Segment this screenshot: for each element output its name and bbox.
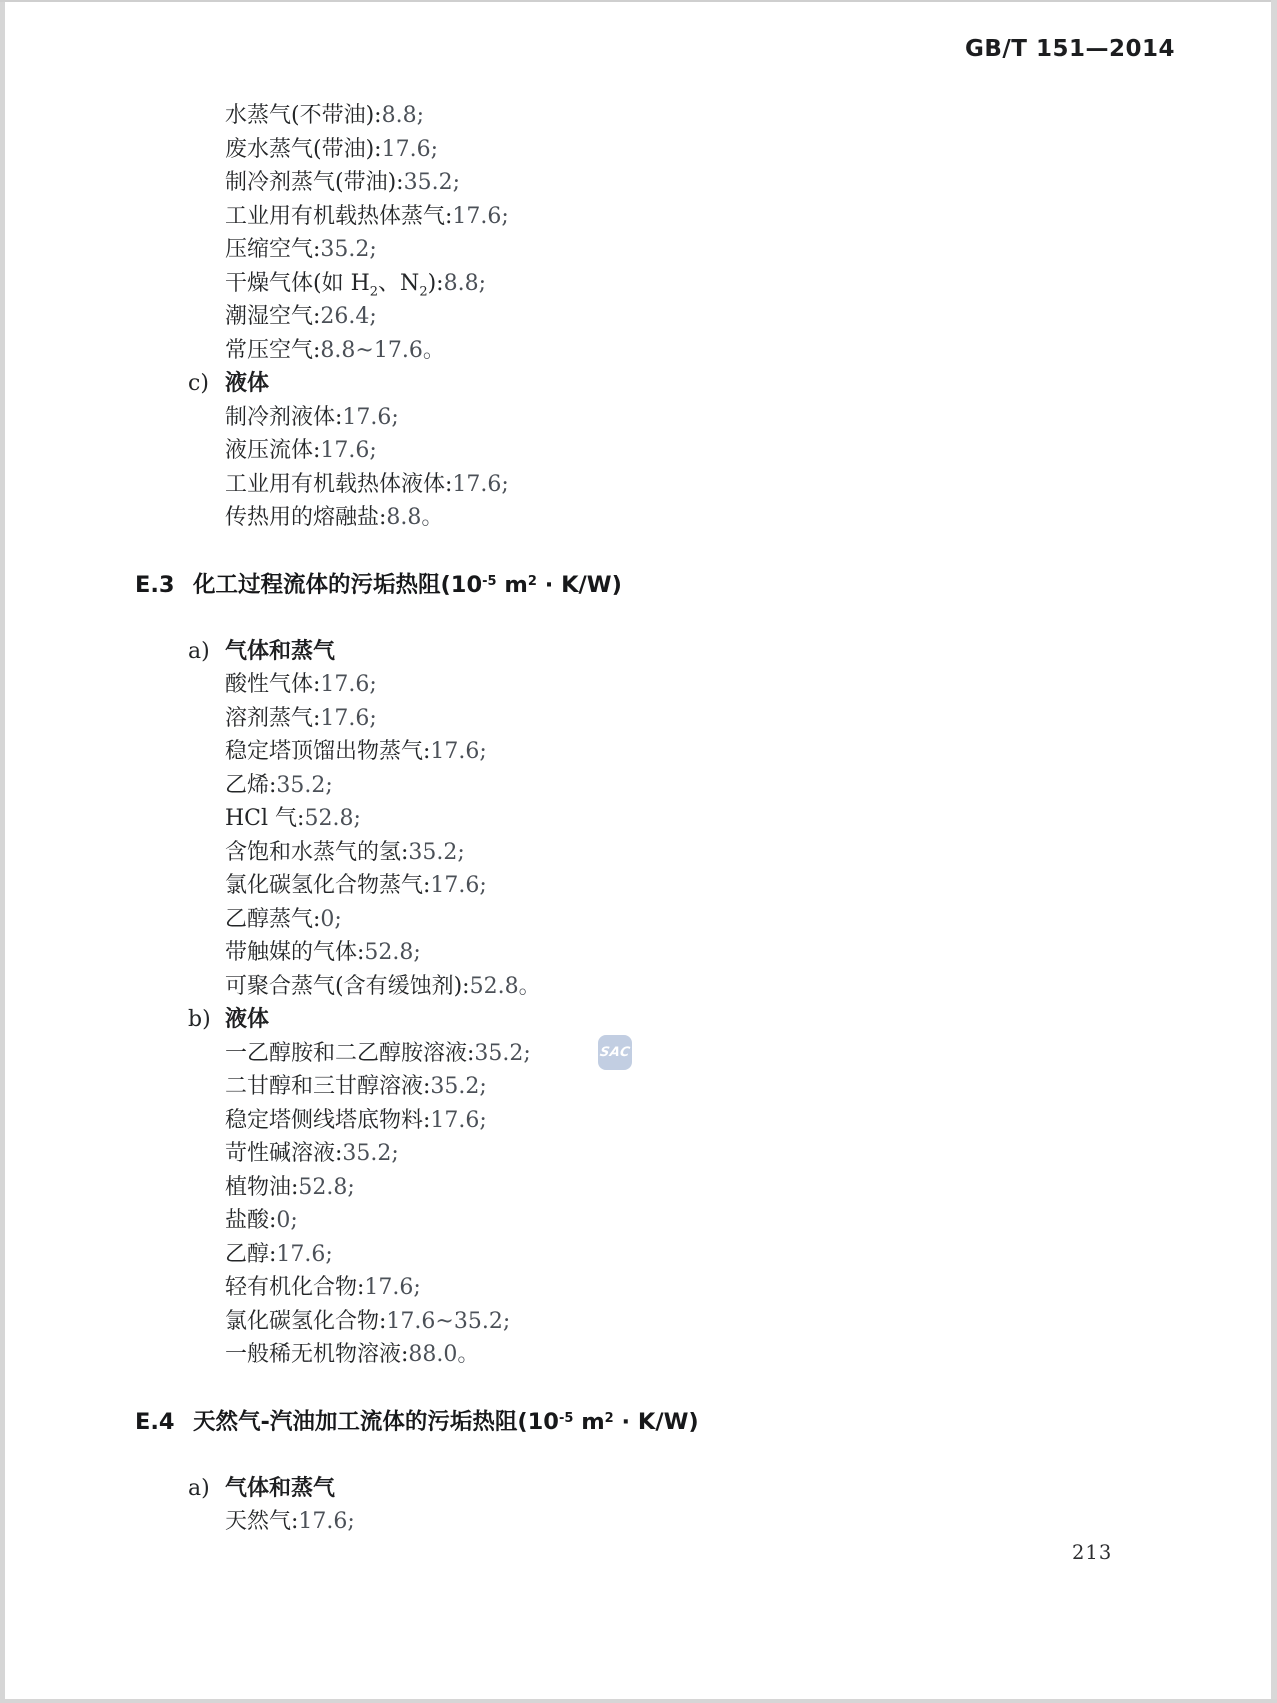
list-item: 稳定塔侧线塔底物料:17.6; — [0, 1104, 1277, 1138]
item-label: 氯化碳氢化合物蒸气: — [225, 873, 430, 898]
item-value: 17.6; — [452, 472, 508, 497]
item-value: 17.6; — [382, 137, 438, 162]
superscript: 2 — [528, 574, 537, 589]
list-item: 潮湿空气:26.4; — [0, 300, 1277, 334]
item-label: 乙烯: — [225, 773, 276, 798]
list-item: 制冷剂蒸气(带油):35.2; — [0, 166, 1277, 200]
group-marker: c) — [188, 367, 225, 401]
list-item: 天然气:17.6; — [0, 1505, 1277, 1539]
section-title: 天然气-汽油加工流体的污垢热阻(10 — [193, 1409, 559, 1435]
item-value: 35.2; — [474, 1041, 530, 1066]
page-edge-bottom — [0, 1699, 1277, 1703]
list-item: 一乙醇胺和二乙醇胺溶液:35.2; — [0, 1037, 1277, 1071]
item-label: 一乙醇胺和二乙醇胺溶液: — [225, 1041, 474, 1066]
section-number: E.3 — [135, 568, 193, 602]
list-item: 乙烯:35.2; — [0, 769, 1277, 803]
list-item: 可聚合蒸气(含有缓蚀剂):52.8。 — [0, 970, 1277, 1004]
subscript: 2 — [370, 284, 378, 299]
section-heading-e4: E.4天然气-汽油加工流体的污垢热阻(10-5 m2 · K/W) — [0, 1405, 1277, 1439]
list-item: HCl 气:52.8; — [0, 802, 1277, 836]
group-title: 气体和蒸气 — [225, 639, 335, 664]
section-title: · K/W) — [614, 1409, 699, 1435]
item-value: 88.0。 — [408, 1342, 479, 1367]
subscript: 2 — [419, 284, 427, 299]
group-title: 气体和蒸气 — [225, 1476, 335, 1501]
list-item: 带触媒的气体:52.8; — [0, 936, 1277, 970]
section-title: · K/W) — [537, 572, 622, 598]
item-value: 8.8~17.6。 — [320, 338, 444, 363]
section-heading-e3: E.3化工过程流体的污垢热阻(10-5 m2 · K/W) — [0, 568, 1277, 602]
item-label: 乙醇: — [225, 1242, 276, 1267]
item-value: 8.8。 — [386, 505, 443, 530]
list-item-dry-gas: 干燥气体(如 H2、N2):8.8; — [0, 267, 1277, 301]
list-item: 压缩空气:35.2; — [0, 233, 1277, 267]
item-label: HCl 气: — [225, 806, 304, 831]
item-label: 制冷剂蒸气(带油): — [225, 170, 404, 195]
list-item: 一般稀无机物溶液:88.0。 — [0, 1338, 1277, 1372]
list-item: 水蒸气(不带油):8.8; — [0, 99, 1277, 133]
item-value: 8.8; — [382, 103, 424, 128]
list-item: 工业用有机载热体液体:17.6; — [0, 468, 1277, 502]
item-value: 35.2; — [342, 1141, 398, 1166]
list-item: 盐酸:0; — [0, 1204, 1277, 1238]
list-item: 轻有机化合物:17.6; — [0, 1271, 1277, 1305]
group-marker: a) — [188, 635, 225, 669]
list-group-header-a: a)气体和蒸气 — [0, 1472, 1277, 1506]
item-label: 轻有机化合物: — [225, 1275, 364, 1300]
item-label: 苛性碱溶液: — [225, 1141, 342, 1166]
page-content: 水蒸气(不带油):8.8; 废水蒸气(带油):17.6; 制冷剂蒸气(带油):3… — [0, 0, 1277, 1539]
item-label: 稳定塔顶馏出物蒸气: — [225, 739, 430, 764]
list-item: 液压流体:17.6; — [0, 434, 1277, 468]
item-label: 常压空气: — [225, 338, 320, 363]
sac-watermark-text: SAC — [599, 1045, 632, 1060]
item-label: 制冷剂液体: — [225, 405, 342, 430]
item-value: 17.6; — [430, 873, 486, 898]
group-marker: a) — [188, 1472, 225, 1506]
item-value: 17.6; — [276, 1242, 332, 1267]
section-title: 化工过程流体的污垢热阻(10 — [193, 572, 482, 598]
item-value: 0; — [320, 907, 341, 932]
item-value: 17.6~35.2; — [386, 1309, 510, 1334]
page-number: 213 — [1072, 1541, 1112, 1564]
document-page: { "page": { "header_code": "GB/T 151—201… — [0, 0, 1277, 1703]
item-label: ): — [428, 271, 444, 296]
item-value: 35.2; — [430, 1074, 486, 1099]
item-value: 17.6; — [320, 438, 376, 463]
list-group-header-b: b)液体 — [0, 1003, 1277, 1037]
item-label: 干燥气体(如 H — [225, 271, 370, 296]
list-item: 制冷剂液体:17.6; — [0, 401, 1277, 435]
item-label: 、N — [378, 271, 419, 296]
list-group-header-c: c)液体 — [0, 367, 1277, 401]
item-value: 17.6; — [342, 405, 398, 430]
item-label: 酸性气体: — [225, 672, 320, 697]
item-label: 植物油: — [225, 1175, 298, 1200]
item-label: 工业用有机载热体蒸气: — [225, 204, 452, 229]
item-label: 氯化碳氢化合物: — [225, 1309, 386, 1334]
item-value: 0; — [276, 1208, 297, 1233]
item-label: 盐酸: — [225, 1208, 276, 1233]
item-label: 一般稀无机物溶液: — [225, 1342, 408, 1367]
section-title: m — [573, 1409, 604, 1435]
item-value: 52.8; — [298, 1175, 354, 1200]
item-value: 17.6; — [320, 672, 376, 697]
item-label: 带触媒的气体: — [225, 940, 364, 965]
item-value: 35.2; — [404, 170, 460, 195]
superscript: -5 — [559, 1411, 573, 1426]
item-label: 天然气: — [225, 1509, 298, 1534]
item-label: 可聚合蒸气(含有缓蚀剂): — [225, 974, 470, 999]
group-title: 液体 — [225, 371, 269, 396]
list-item: 溶剂蒸气:17.6; — [0, 702, 1277, 736]
item-label: 液压流体: — [225, 438, 320, 463]
item-value: 52.8。 — [470, 974, 541, 999]
list-item: 工业用有机载热体蒸气:17.6; — [0, 200, 1277, 234]
superscript: 2 — [605, 1411, 614, 1426]
item-value: 35.2; — [320, 237, 376, 262]
item-label: 二甘醇和三甘醇溶液: — [225, 1074, 430, 1099]
list-item: 乙醇蒸气:0; — [0, 903, 1277, 937]
list-group-header-a: a)气体和蒸气 — [0, 635, 1277, 669]
item-value: 17.6; — [430, 1108, 486, 1133]
item-value: 52.8; — [304, 806, 360, 831]
item-value: 17.6; — [364, 1275, 420, 1300]
item-label: 含饱和水蒸气的氢: — [225, 840, 408, 865]
item-value: 8.8; — [444, 271, 486, 296]
item-value: 35.2; — [408, 840, 464, 865]
superscript: -5 — [482, 574, 496, 589]
item-label: 压缩空气: — [225, 237, 320, 262]
group-marker: b) — [188, 1003, 225, 1037]
item-label: 稳定塔侧线塔底物料: — [225, 1108, 430, 1133]
item-value: 52.8; — [364, 940, 420, 965]
list-item: 植物油:52.8; — [0, 1171, 1277, 1205]
list-item: 二甘醇和三甘醇溶液:35.2; — [0, 1070, 1277, 1104]
item-label: 溶剂蒸气: — [225, 706, 320, 731]
list-item: 传热用的熔融盐:8.8。 — [0, 501, 1277, 535]
item-value: 17.6; — [298, 1509, 354, 1534]
item-value: 17.6; — [320, 706, 376, 731]
section-title: m — [497, 572, 528, 598]
list-item: 常压空气:8.8~17.6。 — [0, 334, 1277, 368]
item-value: 35.2; — [276, 773, 332, 798]
item-value: 26.4; — [320, 304, 376, 329]
group-title: 液体 — [225, 1007, 269, 1032]
list-item: 稳定塔顶馏出物蒸气:17.6; — [0, 735, 1277, 769]
item-label: 潮湿空气: — [225, 304, 320, 329]
item-value: 17.6; — [430, 739, 486, 764]
item-label: 乙醇蒸气: — [225, 907, 320, 932]
list-item: 氯化碳氢化合物:17.6~35.2; — [0, 1305, 1277, 1339]
list-item: 含饱和水蒸气的氢:35.2; — [0, 836, 1277, 870]
list-item: 废水蒸气(带油):17.6; — [0, 133, 1277, 167]
sac-watermark: SAC — [598, 1035, 632, 1070]
item-label: 工业用有机载热体液体: — [225, 472, 452, 497]
item-label: 传热用的熔融盐: — [225, 505, 386, 530]
list-item: 氯化碳氢化合物蒸气:17.6; — [0, 869, 1277, 903]
list-item: 酸性气体:17.6; — [0, 668, 1277, 702]
item-label: 废水蒸气(带油): — [225, 137, 382, 162]
item-label: 水蒸气(不带油): — [225, 103, 382, 128]
item-value: 17.6; — [452, 204, 508, 229]
list-item: 乙醇:17.6; — [0, 1238, 1277, 1272]
section-number: E.4 — [135, 1405, 193, 1439]
list-item: 苛性碱溶液:35.2; — [0, 1137, 1277, 1171]
